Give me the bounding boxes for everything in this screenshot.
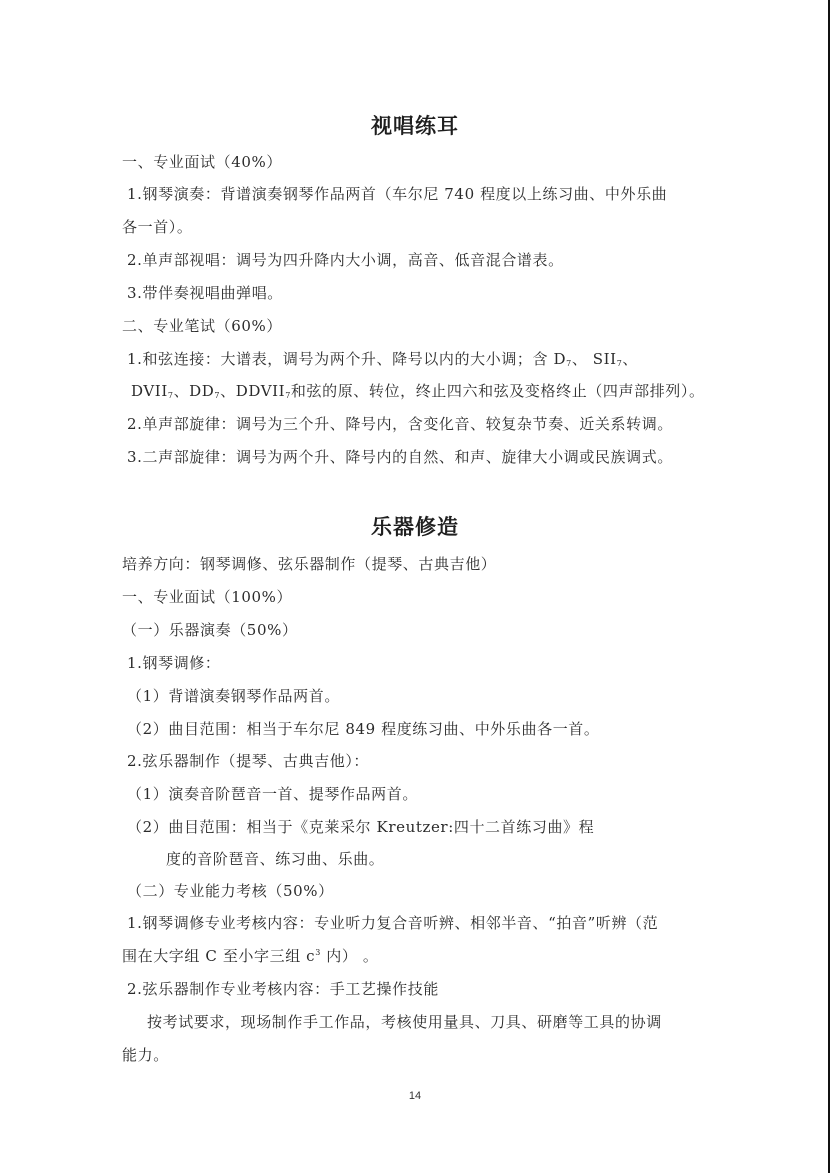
training-direction: 培养方向：钢琴调修、弦乐器制作（提琴、古典吉他） [122, 553, 496, 574]
chord-text-suffix: 、 [622, 350, 638, 368]
item-piano-tuning-1: （1）背谱演奏钢琴作品两首。 [127, 685, 340, 706]
range-text-suffix: 内） 。 [321, 947, 379, 965]
heading-interview: 一、专业面试（40%） [122, 151, 282, 172]
section-title-sight-singing: 视唱练耳 [0, 110, 830, 140]
subheading-professional-assessment: （二）专业能力考核（50%） [127, 880, 334, 901]
item-string-making-1: （1）演奏音阶琶音一首、提琴作品两首。 [127, 783, 418, 804]
item-piano-tuning-assessment-cont: 围在大字组 C 至小字三组 c3 内） 。 [122, 945, 378, 966]
document-page: 视唱练耳 一、专业面试（40%） 1.钢琴演奏：背谱演奏钢琴作品两首（车尔尼 7… [0, 0, 828, 1173]
chord-text: DVII [131, 382, 168, 400]
item-piano-tuning-2: （2）曲目范围：相当于车尔尼 849 程度练习曲、中外乐曲各一首。 [127, 718, 600, 739]
assessment-description: 按考试要求，现场制作手工作品，考核使用量具、刀具、研磨等工具的协调 [147, 1011, 662, 1032]
item-piano-performance: 1.钢琴演奏：背谱演奏钢琴作品两首（车尔尼 740 程度以上练习曲、中外乐曲 [127, 183, 667, 204]
item-piano-tuning: 1.钢琴调修： [127, 652, 221, 673]
item-sight-singing: 2.单声部视唱：调号为四升降内大小调，高音、低音混合谱表。 [127, 249, 564, 270]
item-piano-tuning-assessment: 1.钢琴调修专业考核内容：专业听力复合音听辨、相邻半音、“拍音”听辨（范 [127, 912, 658, 933]
heading-interview-100: 一、专业面试（100%） [122, 586, 292, 607]
assessment-description-cont: 能力。 [122, 1044, 169, 1065]
chord-text-prefix: 1.和弦连接：大谱表，调号为两个升、降号以内的大小调；含 D [127, 350, 566, 368]
chord-text: 和弦的原、转位，终止四六和弦及变格终止（四声部排列）。 [291, 382, 705, 400]
item-two-voice-melody: 3.二声部旋律：调号为两个升、降号内的自然、和声、旋律大小调或民族调式。 [127, 446, 673, 467]
range-text-prefix: 围在大字组 C 至小字三组 c [122, 947, 315, 965]
chord-text-mid: 、 SII [572, 350, 617, 368]
item-string-making-2: （2）曲目范围：相当于《克莱采尔 Kreutzer:四十二首练习曲》程 [127, 816, 594, 837]
item-accompanied-singing: 3.带伴奏视唱曲弹唱。 [127, 282, 283, 303]
heading-written-exam: 二、专业笔试（60%） [122, 315, 282, 336]
page-number: 14 [0, 1090, 830, 1102]
item-chord-connection-cont: DVII7、DD7、DDVII7和弦的原、转位，终止四六和弦及变格终止（四声部排… [131, 380, 705, 401]
item-single-voice-melody: 2.单声部旋律：调号为三个升、降号内，含变化音、较复杂节奏、近关系转调。 [127, 413, 673, 434]
item-chord-connection: 1.和弦连接：大谱表，调号为两个升、降号以内的大小调；含 D7、 SII7、 [127, 348, 638, 369]
subheading-instrument-performance: （一）乐器演奏（50%） [122, 619, 298, 640]
section-title-instrument-making: 乐器修造 [0, 511, 830, 541]
item-piano-performance-cont: 各一首）。 [122, 216, 193, 237]
chord-text: 、DD [174, 382, 215, 400]
chord-text: 、DDVII [220, 382, 285, 400]
item-string-making-assessment: 2.弦乐器制作专业考核内容：手工艺操作技能 [127, 978, 439, 999]
item-string-making-2-cont: 度的音阶琶音、练习曲、乐曲。 [166, 848, 384, 869]
item-string-making: 2.弦乐器制作（提琴、古典吉他）： [127, 750, 369, 771]
